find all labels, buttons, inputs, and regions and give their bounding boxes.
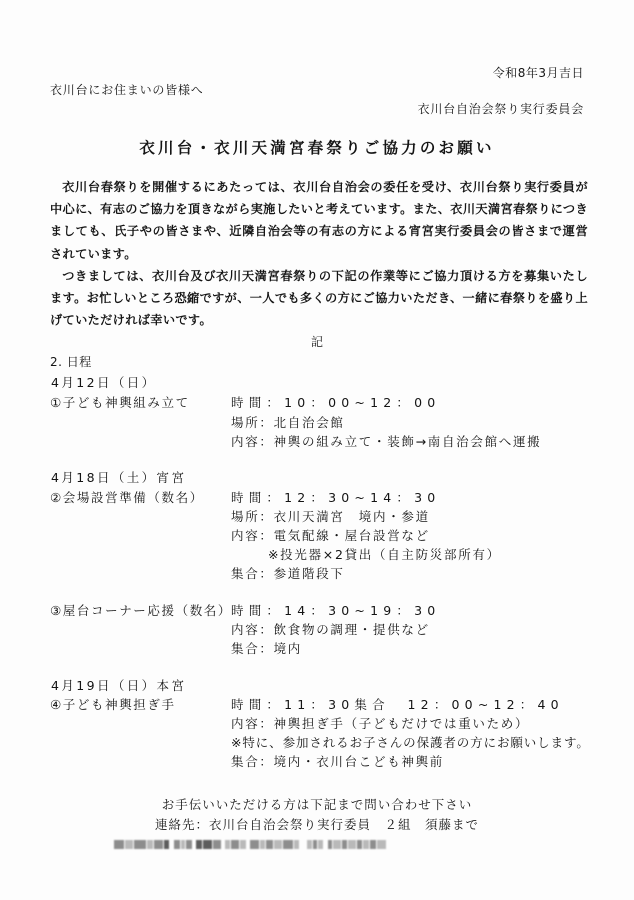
contact-person: 連絡先：衣川台自治会祭り実行委員 ２組 須藤まで (0, 815, 634, 833)
task-1-content: 内容：神輿の組み立て・装飾→南自治会館へ運搬 (231, 432, 541, 450)
task-2-assembly: 集合：参道階段下 (231, 564, 345, 582)
issue-date: 令和8年3月吉日 (493, 64, 584, 81)
task-4-assembly: 集合：境内・衣川台こども神輿前 (231, 752, 444, 770)
task-name-3: ③屋台コーナー応援（数名） (50, 601, 232, 619)
task-name-2: ②会場設営準備（数名） (50, 488, 204, 506)
day-heading-apr19: 4月19日（日）本宮 (51, 676, 186, 694)
ki-heading: 記 (0, 333, 634, 350)
task-2-place: 場所：衣川天満宮 境内・参道 (231, 507, 430, 525)
body-paragraph-2: つきましては、衣川台及び衣川天満宮春祭りの下記の作業等にご協力頂ける方を募集いた… (50, 265, 588, 332)
day-heading-apr12: 4月12日（日） (51, 373, 157, 391)
task-3-content: 内容：飲食物の調理・提供など (231, 620, 430, 638)
addressee: 衣川台にお住まいの皆様へ (50, 81, 204, 98)
inquiry-request: お手伝いいただける方は下記まで問い合わせ下さい (0, 795, 634, 813)
body-paragraph-1: 衣川台春祭りを開催するにあたっては、衣川台自治会の委任を受け、衣川台祭り実行委員… (50, 176, 588, 265)
task-2-note: ※投光器×2貸出（自主防災部所有） (268, 545, 501, 563)
notice-document: 令和8年3月吉日 衣川台にお住まいの皆様へ 衣川台自治会祭り実行委員会 衣川台・… (0, 0, 634, 900)
schedule-heading: 2. 日程 (50, 353, 92, 370)
task-2-content: 内容：電気配線・屋台設営など (231, 526, 430, 544)
task-2-time: 時間：12：30~14：30 (231, 488, 440, 506)
document-title: 衣川台・衣川天満宮春祭りご協力のお願い (0, 136, 634, 158)
sender-organization: 衣川台自治会祭り実行委員会 (418, 100, 584, 117)
task-4-note: ※特に、参加されるお子さんの保護者の方にお願いします。 (231, 733, 590, 751)
redacted-contact-info (114, 839, 428, 850)
day-heading-apr18: 4月18日（土）宵宮 (51, 468, 186, 486)
task-name-4: ④子ども神輿担ぎ手 (50, 695, 176, 713)
task-4-time: 時間：11：30集合 12：00~12：40 (231, 695, 564, 713)
task-4-content: 内容：神輿担ぎ手（子どもだけでは重いため） (231, 714, 529, 732)
task-3-assembly: 集合：境内 (231, 639, 302, 657)
task-1-place: 場所：北自治会館 (231, 413, 345, 431)
task-1-time: 時間：10：00~12：00 (231, 393, 440, 411)
task-name-1: ①子ども神輿組み立て (50, 393, 190, 411)
body-text: 衣川台春祭りを開催するにあたっては、衣川台自治会の委任を受け、衣川台祭り実行委員… (50, 176, 588, 331)
task-3-time: 時間：14：30~19：30 (231, 601, 440, 619)
